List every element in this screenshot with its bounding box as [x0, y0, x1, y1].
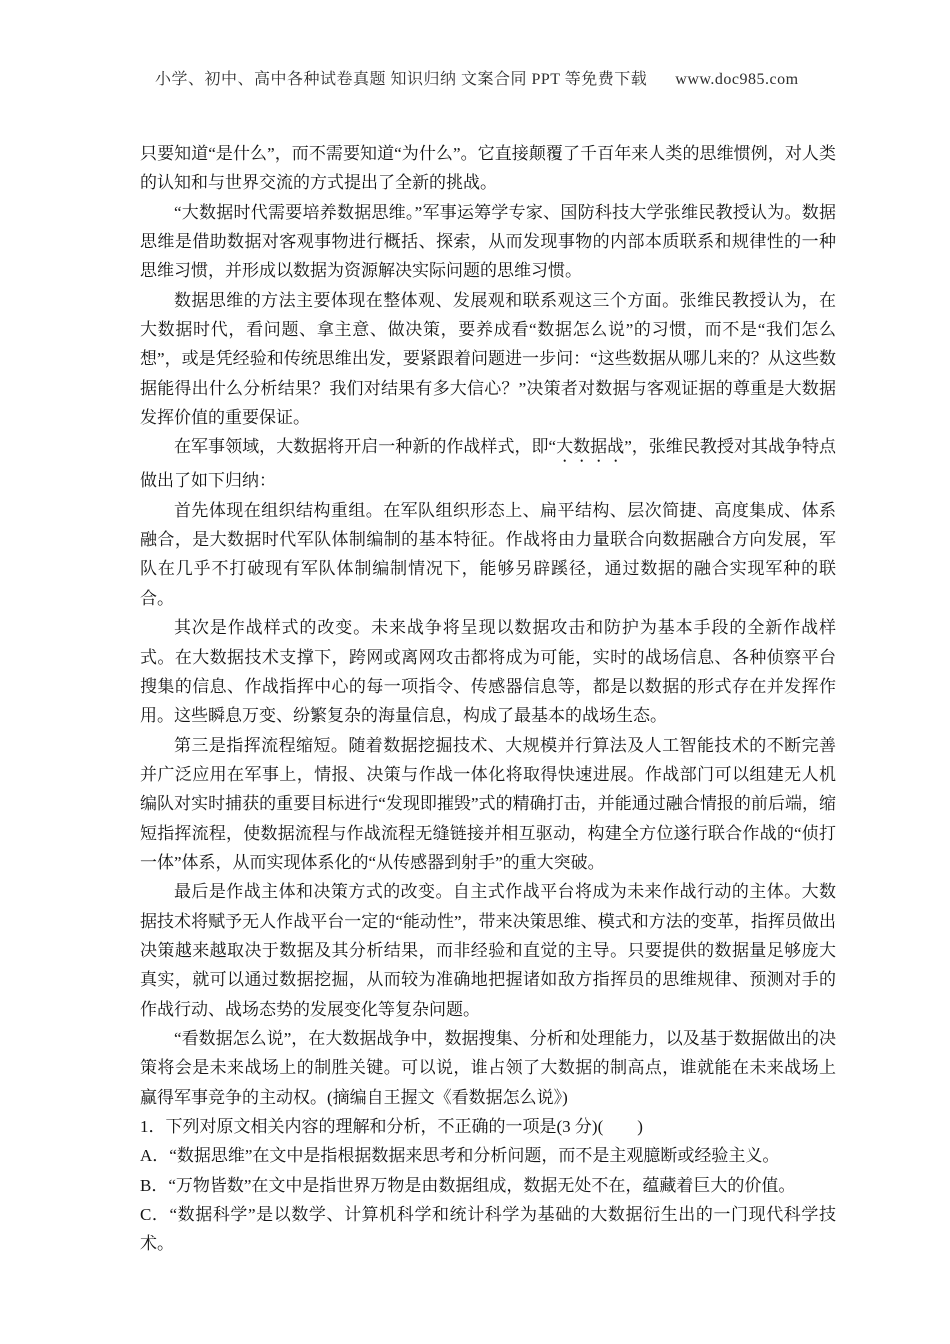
header-url: www.doc985.com — [675, 71, 798, 89]
option-b: B．“万物皆数”在文中是指世界万物是由数据组成，数据无处不在，蕴藏着巨大的价值。 — [140, 1171, 836, 1200]
article-body: 只要知道“是什么”，而不需要知道“为什么”。它直接颠覆了千百年来人类的思维惯例，… — [140, 139, 836, 1259]
paragraph-method: 数据思维的方法主要体现在整体观、发展观和联系观这三个方面。张维民教授认为，在大数… — [140, 286, 836, 433]
paragraph-first-point: 首先体现在组织结构重组。在军队组织形态上、扁平结构、层次简捷、高度集成、体系融合… — [140, 496, 836, 613]
exam-page: { "header": { "promo": "小学、初中、高中各种试卷真题 知… — [0, 0, 950, 1344]
paragraph-data-thinking: “大数据时代需要培养数据思维。”军事运筹学专家、国防科技大学张维民教授认为。数据… — [140, 198, 836, 286]
paragraph-second-point: 其次是作战样式的改变。未来战争将呈现以数据攻击和防护为基本手段的全新作战样式。在… — [140, 613, 836, 730]
paragraph-last-point: 最后是作战主体和决策方式的改变。自主式作战平台将成为未来作战行动的主体。大数据技… — [140, 877, 836, 1024]
option-c: C．“数据科学”是以数学、计算机科学和统计科学为基础的大数据衍生出的一门现代科学… — [140, 1200, 836, 1259]
page-header: 小学、初中、高中各种试卷真题 知识归纳 文案合同 PPT 等免费下载 www.d… — [155, 66, 835, 89]
option-a: A．“数据思维”在文中是指根据数据来思考和分析问题，而不是主观臆断或经验主义。 — [140, 1141, 836, 1170]
emphasized-term: 大数据战 — [556, 437, 624, 456]
paragraph-continuation: 只要知道“是什么”，而不需要知道“为什么”。它直接颠覆了千百年来人类的思维惯例，… — [140, 139, 836, 198]
paragraph-military-pre-text: 在军事领域，大数据将开启一种新的作战样式，即“ — [174, 437, 556, 456]
paragraph-military-intro: 在军事领域，大数据将开启一种新的作战样式，即“大数据战”，张维民教授对其战争特点… — [140, 432, 836, 495]
paragraph-conclusion: “看数据怎么说”，在大数据战争中，数据搜集、分析和处理能力，以及基于数据做出的决… — [140, 1024, 836, 1112]
question-1: 1．下列对原文相关内容的理解和分析，不正确的一项是(3 分)( ) — [140, 1112, 836, 1141]
header-promo-text: 小学、初中、高中各种试卷真题 知识归纳 文案合同 PPT 等免费下载 — [155, 66, 647, 89]
paragraph-third-point: 第三是指挥流程缩短。随着数据挖掘技术、大规模并行算法及人工智能技术的不断完善并广… — [140, 731, 836, 878]
document-page: 小学、初中、高中各种试卷真题 知识归纳 文案合同 PPT 等免费下载 www.d… — [0, 0, 950, 1344]
